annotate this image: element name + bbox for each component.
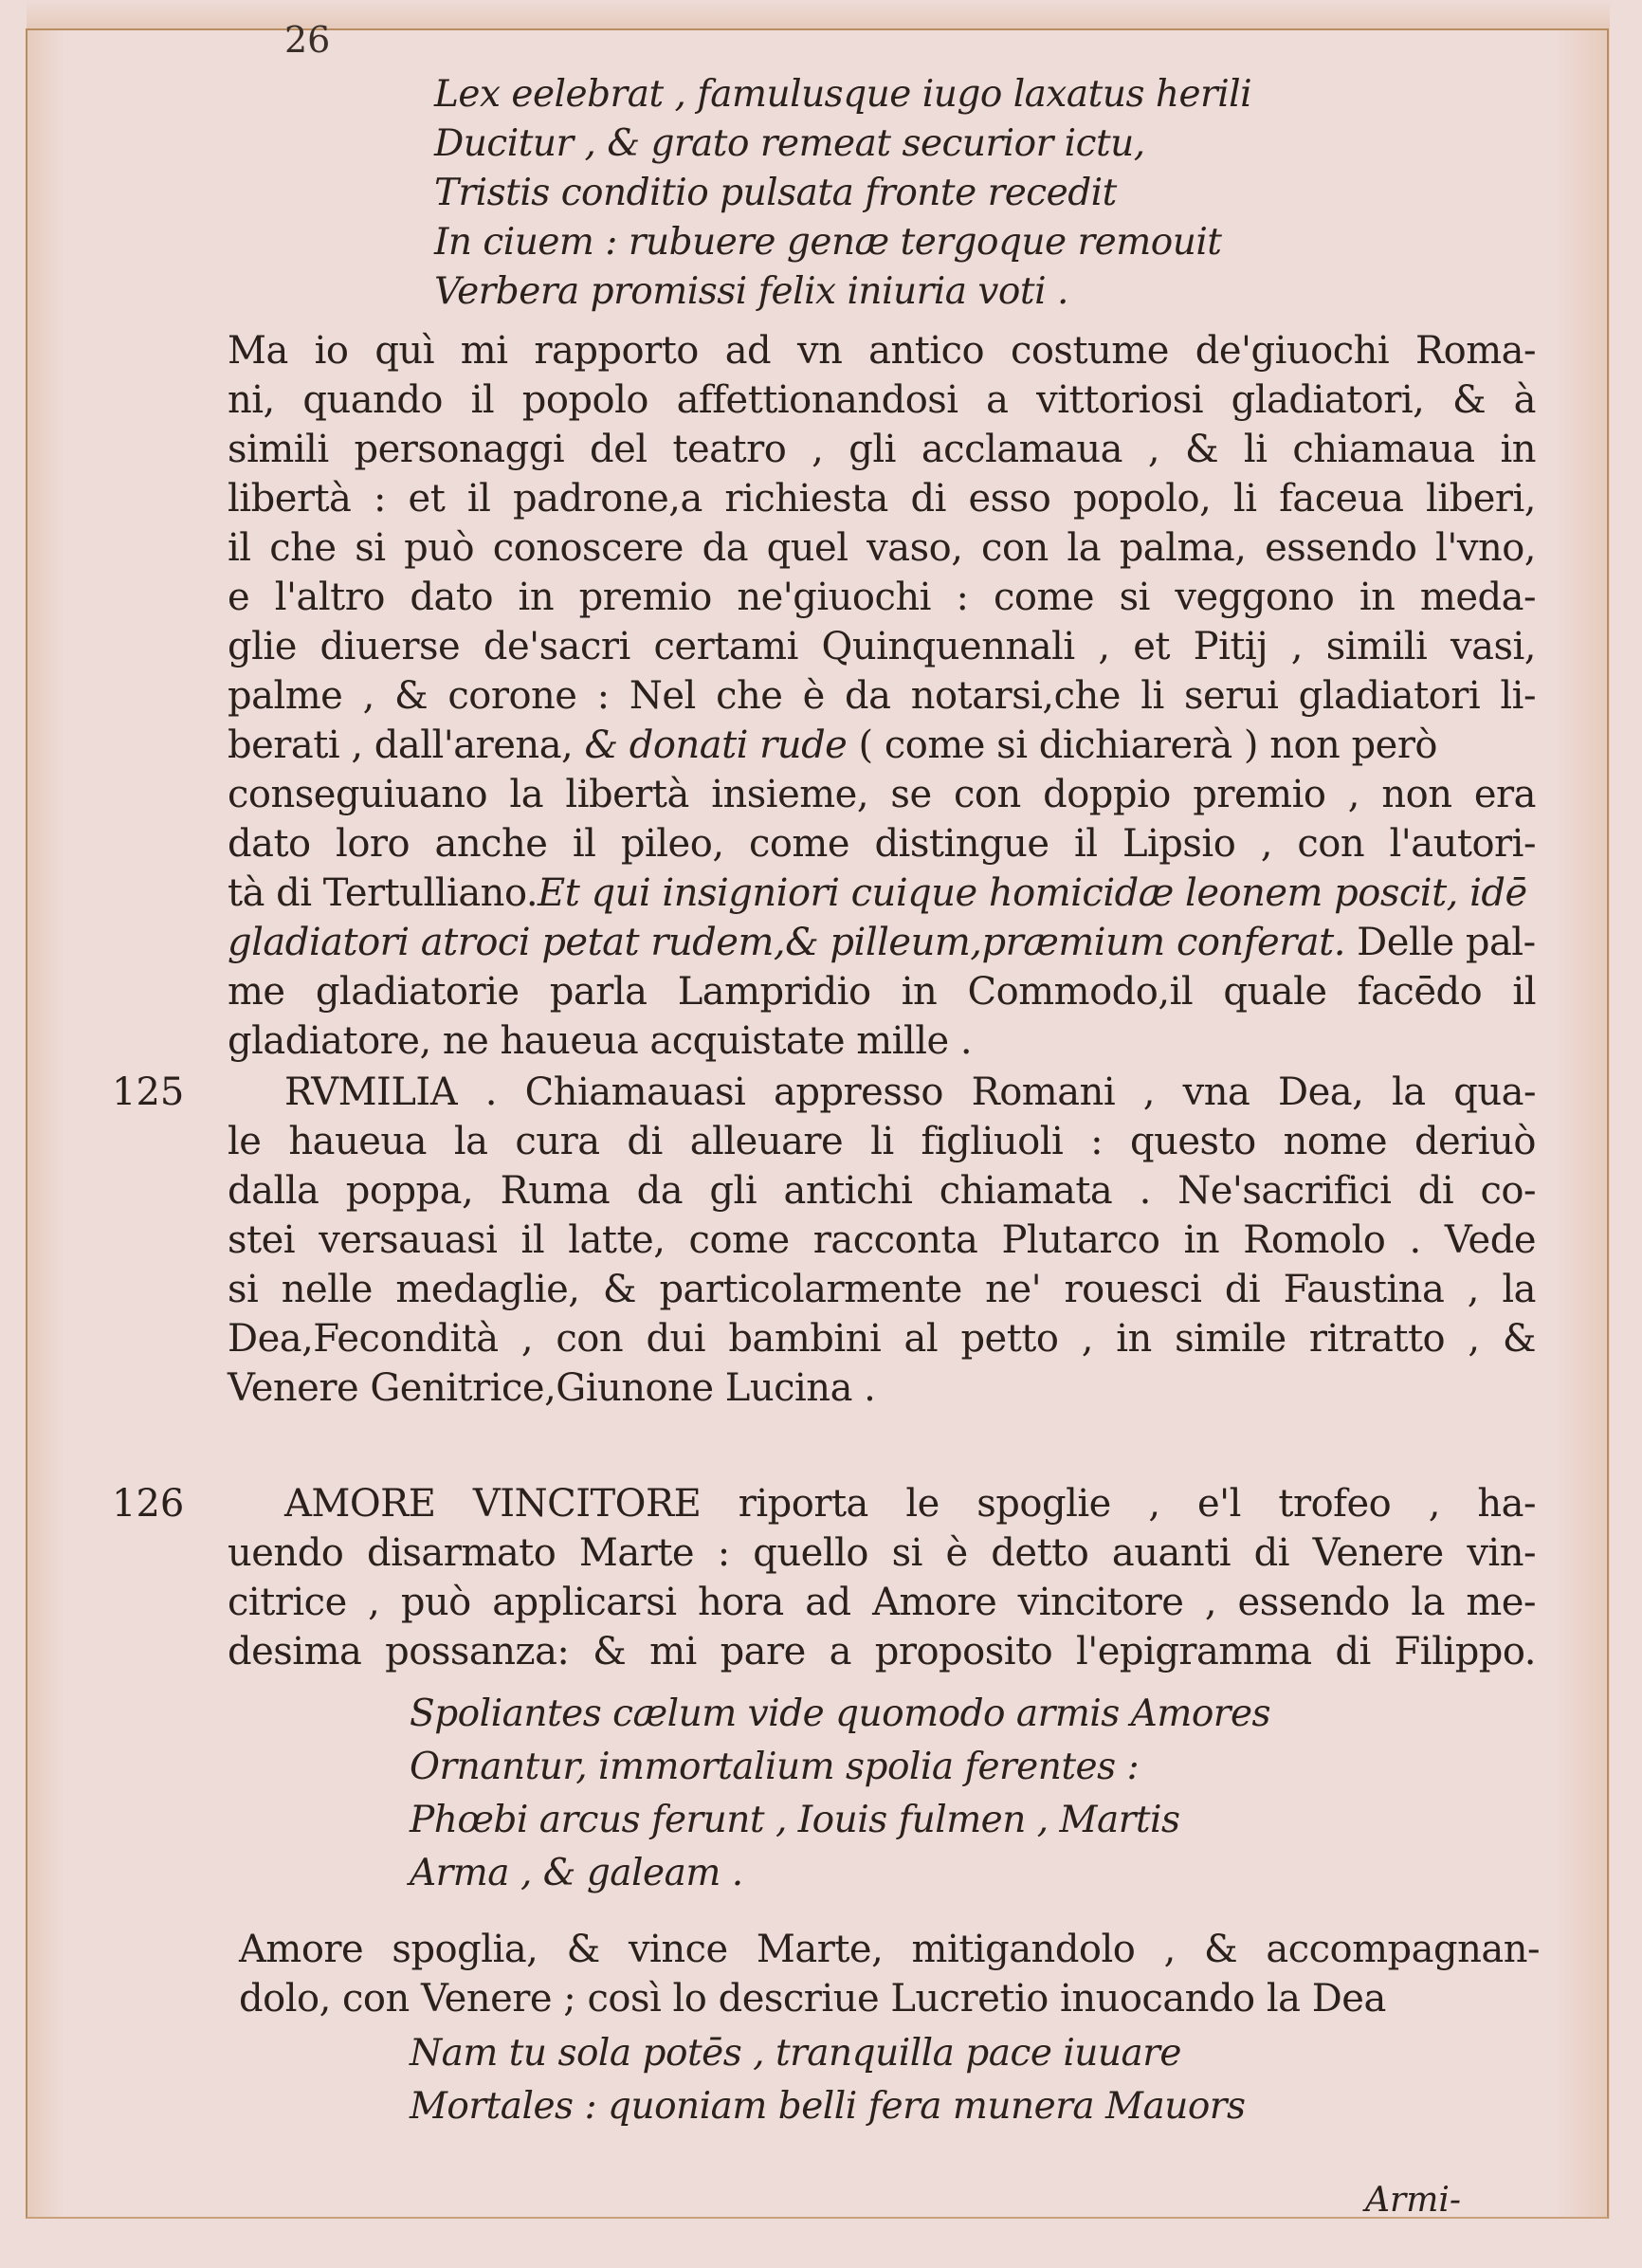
verse-line: Nam tu sola potēs , tranquilla pace iuua…	[410, 2029, 1181, 2078]
verse-line: Mortales : quoniam belli fera munera Mau…	[410, 2082, 1245, 2131]
verse-line: In ciuem : rubuere genæ tergoque remouit	[434, 218, 1221, 267]
text-line: gladiatore, ne haueua acquistate mille .	[228, 1016, 1536, 1066]
page-number: 26	[284, 19, 330, 61]
text-line: palme , & corone : Nel che è da notarsi,…	[228, 671, 1536, 721]
text-line: Ma io quì mi rapporto ad vn antico costu…	[228, 326, 1536, 375]
text-line: simili personaggi del teatro , gli accla…	[228, 425, 1536, 474]
verse-line: Ornantur, immortalium spolia ferentes :	[410, 1743, 1139, 1792]
text-line: Venere Genitrice,Giunone Lucina .	[228, 1363, 1536, 1413]
verse-line: Verbera promissi felix iniuria voti .	[434, 267, 1068, 317]
text-line: dato loro anche il pileo, come distingue…	[228, 819, 1536, 869]
text-line-mixed: berati , dall'arena, & donati rude ( com…	[228, 721, 1536, 770]
catchword: Armi-	[1365, 2181, 1461, 2220]
text-italic: gladiatori atroci petat rudem,& pilleum,…	[228, 921, 1345, 964]
text-roman: tà di Tertulliano.	[228, 871, 538, 915]
text-line: e l'altro dato in premio ne'giuochi : co…	[228, 573, 1536, 622]
text-roman: Delle pal-	[1345, 921, 1536, 964]
text-line: RVMILIA . Chiamauasi appresso Romani , v…	[284, 1068, 1536, 1117]
text-line: citrice , può applicarsi hora ad Amore v…	[228, 1578, 1536, 1627]
text-line: uendo disarmato Marte : quello si è dett…	[228, 1528, 1536, 1578]
text-roman: berati , dall'arena,	[228, 723, 584, 767]
text-line: il che si può conoscere da quel vaso, co…	[228, 523, 1536, 573]
text-line: me gladiatorie parla Lampridio in Commod…	[228, 967, 1536, 1016]
text-line: ni, quando il popolo affettionandosi a v…	[228, 375, 1536, 425]
text-line-mixed: tà di Tertulliano.Et qui insigniori cuiq…	[228, 869, 1536, 918]
text-line-mixed: gladiatori atroci petat rudem,& pilleum,…	[228, 918, 1536, 967]
text-line: AMORE VINCITORE riporta le spoglie , e'l…	[284, 1479, 1536, 1528]
text-line: Dea,Fecondità , con dui bambini al petto…	[228, 1314, 1536, 1363]
text-roman: ( come si dichiarerà ) non però	[847, 723, 1437, 767]
text-line: dolo, con Venere ; così lo descriue Lucr…	[239, 1974, 1547, 2023]
text-line: si nelle medaglie, & particolarmente ne'…	[228, 1265, 1536, 1314]
text-line: desima possanza: & mi pare a proposito l…	[228, 1627, 1536, 1676]
text-line: libertà : et il padrone,a richiesta di e…	[228, 474, 1536, 523]
text-line: dalla poppa, Ruma da gli antichi chiamat…	[228, 1166, 1536, 1216]
text-line: le haueua la cura di alleuare li figliuo…	[228, 1117, 1536, 1166]
text-line: conseguiuano la libertà insieme, se con …	[228, 770, 1536, 819]
text-italic: & donati rude	[584, 723, 847, 767]
text-line: glie diuerse de'sacri certami Quinquenna…	[228, 622, 1536, 671]
verse-line: Tristis conditio pulsata fronte recedit	[434, 169, 1117, 218]
marginal-number: 126	[112, 1479, 184, 1528]
verse-line: Ducitur , & grato remeat securior ictu,	[434, 119, 1145, 169]
text-italic: Et qui insigniori cuique homicidæ leonem…	[538, 871, 1527, 915]
paper-stain-top	[27, 0, 1610, 28]
marginal-number: 125	[112, 1068, 184, 1117]
verse-line: Arma , & galeam .	[410, 1849, 743, 1898]
verse-line: Lex eelebrat , famulusque iugo laxatus h…	[434, 70, 1251, 119]
text-line: stei versauasi il latte, come racconta P…	[228, 1216, 1536, 1265]
text-line: Amore spoglia, & vince Marte, mitigandol…	[239, 1925, 1540, 1974]
verse-line: Spoliantes cælum vide quomodo armis Amor…	[410, 1690, 1270, 1739]
verse-line: Phœbi arcus ferunt , Iouis fulmen , Mart…	[410, 1796, 1180, 1845]
